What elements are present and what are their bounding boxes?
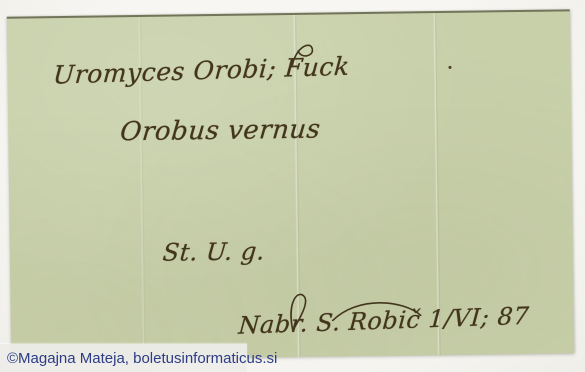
scanned-photo: Uromyces Orobi; Fuck Orobus vernus St. U… <box>0 0 585 372</box>
abbreviation-flourish-icon <box>288 41 322 67</box>
copyright-watermark: ©Magajna Mateja, boletusinformaticus.si <box>0 344 247 372</box>
paper-fold-line <box>433 13 441 355</box>
copyright-text: ©Magajna Mateja, boletusinformaticus.si <box>0 350 277 367</box>
host-plant-text: Orobus vernus <box>119 115 322 148</box>
stage-abbreviation-text: St. U. g. <box>162 237 267 266</box>
ink-speck <box>448 66 451 69</box>
specimen-label-paper: Uromyces Orobi; Fuck Orobus vernus St. U… <box>7 9 574 360</box>
